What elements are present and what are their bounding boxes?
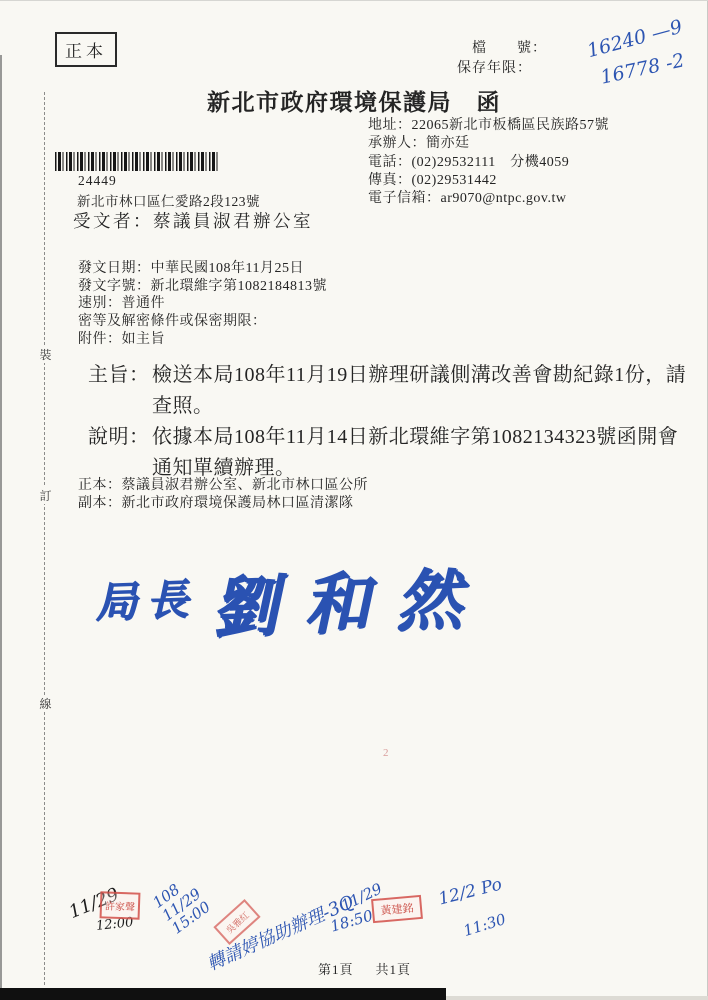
binding-dashed-line bbox=[44, 92, 45, 985]
scan-bottom-edge bbox=[446, 996, 708, 1000]
scan-edge-top bbox=[0, 0, 708, 1]
copy-type-label: 正本 bbox=[65, 42, 107, 61]
copy-type-box: 正本 bbox=[55, 32, 117, 67]
agency-phone: 電話：(02)29532111 分機4059 bbox=[368, 154, 609, 172]
signature-name: 劉和然 bbox=[210, 563, 488, 646]
agency-officer: 承辦人：簡亦廷 bbox=[368, 135, 609, 153]
issue-date: 發文日期：中華民國108年11月25日 bbox=[78, 260, 327, 278]
page-footer: 第1頁共1頁 bbox=[318, 959, 411, 978]
agency-contact-block: 地址：22065新北市板橋區民族路57號 承辦人：簡亦廷 電話：(02)2953… bbox=[368, 117, 609, 208]
document-meta-block: 發文日期：中華民國108年11月25日 發文字號：新北環維字第108218481… bbox=[78, 260, 327, 349]
distribution-block: 正本：蔡議員淑君辦公室、新北市林口區公所 副本：新北市政府環境保護局林口區清潔隊 bbox=[78, 477, 368, 512]
recipient-code: 24449 bbox=[78, 173, 117, 189]
signature-block: 局長劉和然 bbox=[93, 545, 488, 654]
subject-label: 主旨： bbox=[88, 360, 150, 391]
barcode bbox=[55, 152, 218, 171]
handwritten-blue-note-4-time: 11:30 bbox=[461, 910, 508, 940]
secrecy-class: 密等及解密條件或保密期限： bbox=[78, 313, 327, 331]
subject-line-1: 檢送本局108年11月19日辦理研議側溝改善會勘紀錄1份，請 bbox=[152, 360, 698, 391]
file-number-label: 檔 號： bbox=[472, 37, 547, 57]
recipient-name: 受文者：蔡議員淑君辦公室 bbox=[73, 208, 313, 233]
recipient-address: 新北市林口區仁愛路2段123號 bbox=[77, 190, 260, 210]
agency-fax: 傳真：(02)29531442 bbox=[368, 172, 609, 190]
binding-char-zhuang: 裝 bbox=[38, 346, 53, 363]
scan-edge-left bbox=[0, 55, 2, 1000]
signature-title: 局長 bbox=[94, 577, 198, 627]
binding-char-ding: 訂 bbox=[38, 487, 53, 504]
issue-number: 發文字號：新北環維字第1082184813號 bbox=[78, 278, 327, 296]
description-label: 說明： bbox=[88, 422, 150, 453]
document-page: 正本 檔 號： 保存年限： 16240 —9 16778 -2 新北市政府環境保… bbox=[0, 0, 708, 1000]
attachment: 附件：如主旨 bbox=[78, 331, 327, 349]
speed-class: 速別：普通件 bbox=[78, 295, 327, 313]
subject-line-2: 查照。 bbox=[152, 391, 698, 422]
agency-address: 地址：22065新北市板橋區民族路57號 bbox=[368, 117, 609, 135]
scan-bottom-bar bbox=[0, 988, 446, 1000]
description-line-1: 依據本局108年11月14日新北環維字第1082134323號函開會 bbox=[152, 422, 698, 453]
name-stamp-3: 黃建銘 bbox=[371, 895, 423, 923]
footer-page-number: 第1頁 bbox=[318, 962, 354, 977]
retention-label: 保存年限： bbox=[457, 57, 532, 77]
faint-red-mark: 2 bbox=[383, 747, 389, 759]
original-recipients: 正本：蔡議員淑君辦公室、新北市林口區公所 bbox=[78, 477, 368, 495]
agency-email: 電子信箱：ar9070@ntpc.gov.tw bbox=[368, 190, 609, 208]
handwritten-blue-note-1: 108 11/29 15:00 bbox=[150, 873, 213, 937]
handwritten-blue-note-4-date: 12/2 Po bbox=[437, 874, 504, 909]
document-title: 新北市政府環境保護局 函 bbox=[0, 84, 708, 117]
footer-total-pages: 共1頁 bbox=[376, 962, 412, 977]
name-stamp-1: 許家聲 bbox=[100, 891, 141, 919]
cc-recipients: 副本：新北市政府環境保護局林口區清潔隊 bbox=[78, 495, 368, 513]
subject-block: 主旨： 檢送本局108年11月19日辦理研議側溝改善會勘紀錄1份，請 查照。 bbox=[88, 360, 698, 422]
binding-char-xian: 線 bbox=[38, 695, 53, 712]
description-block: 說明： 依據本局108年11月14日新北環維字第1082134323號函開會 通… bbox=[88, 422, 698, 484]
